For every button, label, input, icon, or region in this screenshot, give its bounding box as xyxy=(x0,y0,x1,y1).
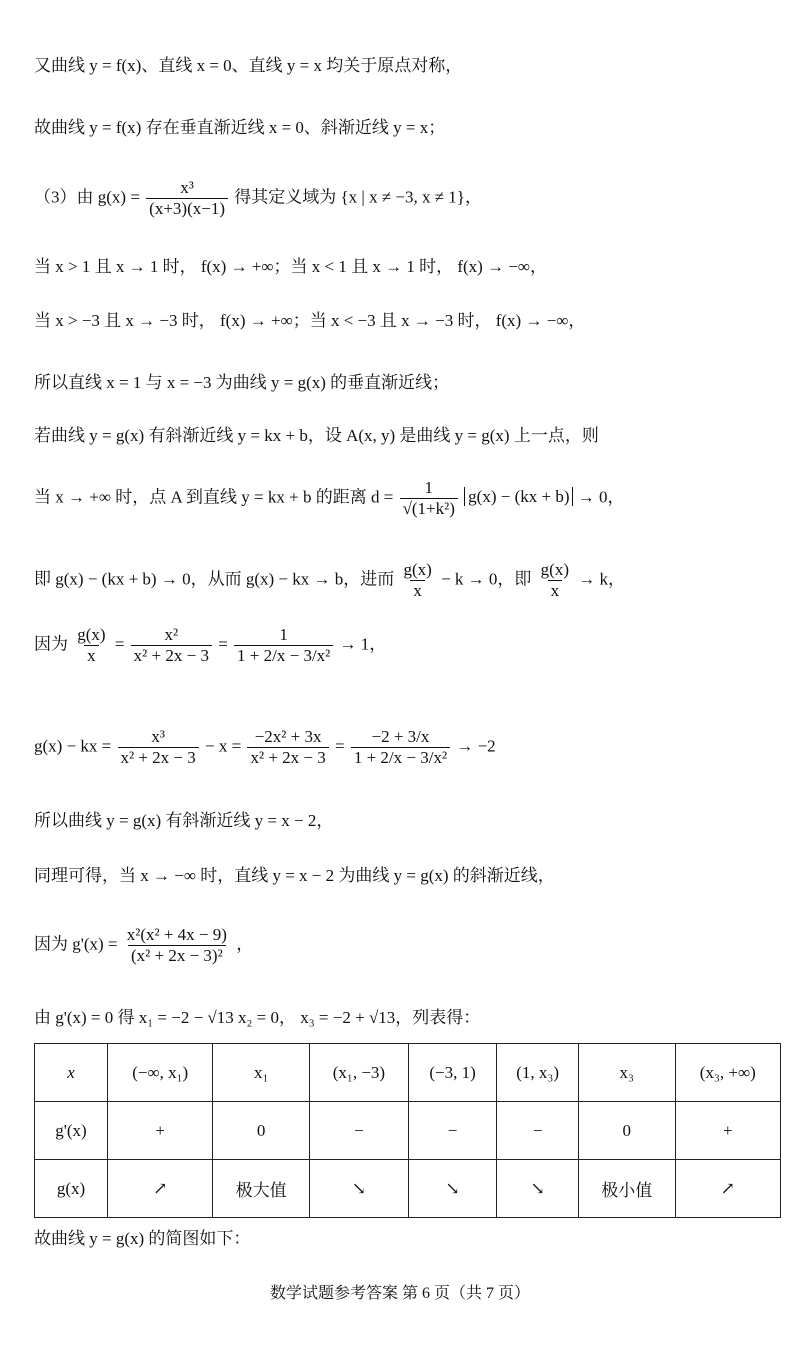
frac-num: x² xyxy=(162,625,182,645)
frac-num: −2 + 3/x xyxy=(369,727,433,747)
text-line-sketch: 故曲线 y = g(x) 的简图如下： xyxy=(34,1228,250,1250)
table-cell: x xyxy=(35,1044,108,1102)
frac-num: 1 xyxy=(276,625,291,645)
derivative-suffix: ， xyxy=(236,934,253,953)
b-prefix: g(x) − kx = xyxy=(34,736,111,755)
table-cell: 0 xyxy=(579,1102,676,1160)
derivative-fraction: x²(x² + 4x − 9) (x² + 2x − 3)² xyxy=(124,925,230,966)
table-cell: + xyxy=(675,1102,780,1160)
text-line-asymptotes-f: 故曲线 y = f(x) 存在垂直渐近线 x = 0、斜渐近线 y = x； xyxy=(34,117,445,139)
because-label: 因为 xyxy=(34,634,68,653)
table-cell: 极小值 xyxy=(579,1160,676,1218)
text-line-oblique-result: 所以曲线 y = g(x) 有斜渐近线 y = x − 2， xyxy=(34,810,333,832)
table-cell: (−∞, x₁) xyxy=(108,1044,213,1102)
frac-den: 1 + 2/x − 3/x² xyxy=(351,747,450,768)
b-suffix: → −2 xyxy=(456,736,495,755)
table-cell: − xyxy=(408,1102,496,1160)
distance-suffix: → 0， xyxy=(578,487,625,506)
page-footer: 数学试题参考答案 第 6 页（共 7 页） xyxy=(0,1280,800,1303)
table-cell: (1, x₃) xyxy=(497,1044,579,1102)
frac-2: −2x² + 3x x² + 2x − 3 xyxy=(247,727,328,768)
frac-den: x² + 2x − 3 xyxy=(131,645,212,666)
derivative-prefix: 因为 g'(x) = xyxy=(34,934,117,953)
frac-den: x² + 2x − 3 xyxy=(247,747,328,768)
table-row: x (−∞, x₁) x₁ (x₁, −3) (−3, 1) (1, x₃) x… xyxy=(35,1044,781,1102)
table-row: g(x) ↗ 极大值 ↘ ↘ ↘ 极小值 ↗ xyxy=(35,1160,781,1218)
text-line-symmetry: 又曲线 y = f(x)、直线 x = 0、直线 y = x 均关于原点对称， xyxy=(34,55,462,77)
distance-abs: g(x) − (kx + b) xyxy=(464,487,573,506)
frac-den: x² + 2x − 3 xyxy=(118,747,199,768)
table-cell: 0 xyxy=(213,1102,310,1160)
decreasing-arrow-icon: ↘ xyxy=(497,1160,579,1218)
text-line-derivative: 因为 g'(x) = x²(x² + 4x − 9) (x² + 2x − 3)… xyxy=(34,925,253,966)
table-cell: + xyxy=(108,1102,213,1160)
text-line-limit-1: 当 x > 1 且 x → 1 时， f(x) → +∞；当 x < 1 且 x… xyxy=(34,256,547,278)
frac-num: g(x) xyxy=(400,560,434,580)
frac-num: x³ xyxy=(148,727,168,747)
text-line-limit-k: 即 g(x) − (kx + b) → 0，从而 g(x) − kx → b，进… xyxy=(34,560,625,601)
distance-fraction: 1 √(1+k²) xyxy=(400,478,458,519)
gx-over-x-fraction-2: g(x) x xyxy=(538,560,572,601)
distance-den: √(1+k²) xyxy=(400,498,458,519)
text-line-vertical-asymptotes: 所以直线 x = 1 与 x = −3 为曲线 y = g(x) 的垂直渐近线； xyxy=(34,372,449,394)
text-line-b-equals-neg2: g(x) − kx = x³ x² + 2x − 3 − x = −2x² + … xyxy=(34,727,496,768)
table-cell: g'(x) xyxy=(35,1102,108,1160)
frac-den: x xyxy=(84,645,99,666)
limit-k-part-c: → k， xyxy=(578,569,625,588)
text-line-critical-points: 由 g'(x) = 0 得 x₁ = −2 − √13 x₂ = 0， x₃ =… xyxy=(34,1007,480,1029)
frac-num: −2x² + 3x xyxy=(252,727,325,747)
table-cell: x₁ xyxy=(213,1044,310,1102)
table-row: g'(x) + 0 − − − 0 + xyxy=(35,1102,781,1160)
table-cell: − xyxy=(497,1102,579,1160)
monotonicity-table: x (−∞, x₁) x₁ (x₁, −3) (−3, 1) (1, x₃) x… xyxy=(34,1043,781,1218)
decreasing-arrow-icon: ↘ xyxy=(309,1160,408,1218)
b-mid: − x = xyxy=(205,736,241,755)
g-numerator: x³ xyxy=(177,178,197,198)
domain-prefix: （3）由 g(x) = xyxy=(34,187,140,206)
g-denominator: (x+3)(x−1) xyxy=(146,198,228,219)
increasing-arrow-icon: ↗ xyxy=(108,1160,213,1218)
text-line-limit-neg3: 当 x > −3 且 x → −3 时， f(x) → +∞；当 x < −3 … xyxy=(34,310,585,332)
distance-prefix: 当 x → +∞ 时，点 A 到直线 y = kx + b 的距离 d = xyxy=(34,487,393,506)
table-cell: x₃ xyxy=(579,1044,676,1102)
increasing-arrow-icon: ↗ xyxy=(675,1160,780,1218)
table-cell: (x₁, −3) xyxy=(309,1044,408,1102)
frac-den: x xyxy=(410,580,425,601)
g-fraction: x³ (x+3)(x−1) xyxy=(146,178,228,219)
text-line-oblique-assume: 若曲线 y = g(x) 有斜渐近线 y = kx + b，设 A(x, y) … xyxy=(34,425,599,447)
frac-num: x²(x² + 4x − 9) xyxy=(124,925,230,945)
frac-2: x² x² + 2x − 3 xyxy=(131,625,212,666)
table-cell: g(x) xyxy=(35,1160,108,1218)
text-line-k-equals-1: 因为 g(x) x = x² x² + 2x − 3 = 1 1 + 2/x −… xyxy=(34,625,386,666)
text-line-domain: （3）由 g(x) = x³ (x+3)(x−1) 得其定义域为 {x | x … xyxy=(34,178,482,219)
distance-num: 1 xyxy=(421,478,436,498)
frac-den: (x² + 2x − 3)² xyxy=(128,945,226,966)
domain-suffix: 得其定义域为 {x | x ≠ −3, x ≠ 1}， xyxy=(234,187,482,206)
frac-3: −2 + 3/x 1 + 2/x − 3/x² xyxy=(351,727,450,768)
frac-num: g(x) xyxy=(538,560,572,580)
limit-k-part-b: − k → 0，即 xyxy=(441,569,531,588)
table-cell: 极大值 xyxy=(213,1160,310,1218)
text-line-neg-infinity: 同理可得，当 x → −∞ 时，直线 y = x − 2 为曲线 y = g(x… xyxy=(34,865,555,887)
gx-over-x-fraction: g(x) x xyxy=(400,560,434,601)
table-cell: (x₃, +∞) xyxy=(675,1044,780,1102)
limit-suffix: → 1， xyxy=(340,634,387,653)
limit-k-part-a: 即 g(x) − (kx + b) → 0，从而 g(x) − kx → b，进… xyxy=(34,569,394,588)
frac-num: g(x) xyxy=(74,625,108,645)
frac-3: 1 1 + 2/x − 3/x² xyxy=(234,625,333,666)
decreasing-arrow-icon: ↘ xyxy=(408,1160,496,1218)
table-cell: (−3, 1) xyxy=(408,1044,496,1102)
frac-den: 1 + 2/x − 3/x² xyxy=(234,645,333,666)
frac-1: x³ x² + 2x − 3 xyxy=(118,727,199,768)
text-line-distance: 当 x → +∞ 时，点 A 到直线 y = kx + b 的距离 d = 1 … xyxy=(34,478,624,519)
frac-den: x xyxy=(548,580,563,601)
table-cell: − xyxy=(309,1102,408,1160)
frac-1: g(x) x xyxy=(74,625,108,666)
